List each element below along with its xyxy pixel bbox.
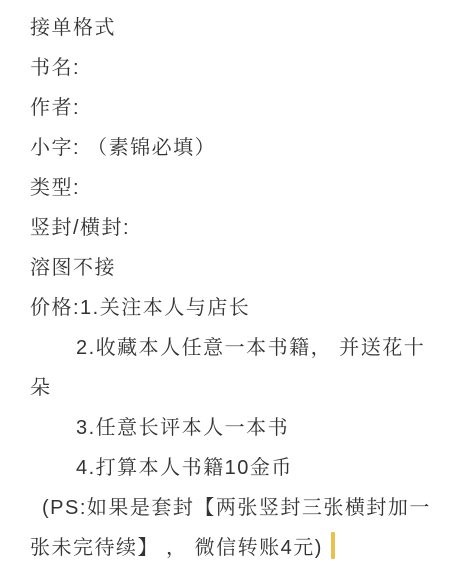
note-line-price-item-3[interactable]: 3.任意长评本人一本书 <box>30 408 442 448</box>
note-line-cover-orientation[interactable]: 竖封/横封: <box>30 208 442 248</box>
note-line-no-blend[interactable]: 溶图不接 <box>30 248 442 288</box>
note-document[interactable]: 接单格式 书名: 作者: 小字: （素锦必填） 类型: 竖封/横封: 溶图不接 … <box>0 0 450 575</box>
note-line-price-item-1[interactable]: 价格:1.关注本人与店长 <box>30 288 442 328</box>
text-caret <box>331 532 335 559</box>
note-line-small-text[interactable]: 小字: （素锦必填） <box>30 128 442 168</box>
note-line-author[interactable]: 作者: <box>30 88 442 128</box>
note-line-order-format-title[interactable]: 接单格式 <box>30 8 442 48</box>
note-line-price-item-2-wrap[interactable]: 朵 <box>30 368 442 408</box>
note-line-price-item-4[interactable]: 4.打算本人书籍10金币 <box>30 448 442 488</box>
note-line-ps-start[interactable]: (PS:如果是套封【两张竖封三张横封加一 <box>30 488 442 528</box>
note-line-type[interactable]: 类型: <box>30 168 442 208</box>
note-line-price-item-2[interactable]: 2.收藏本人任意一本书籍， 并送花十 <box>30 328 442 368</box>
note-line-book-name[interactable]: 书名: <box>30 48 442 88</box>
note-line-ps-end-text: 张未完待续】 ， 微信转账4元) <box>30 537 323 559</box>
note-line-ps-end[interactable]: 张未完待续】 ， 微信转账4元) <box>30 528 442 568</box>
